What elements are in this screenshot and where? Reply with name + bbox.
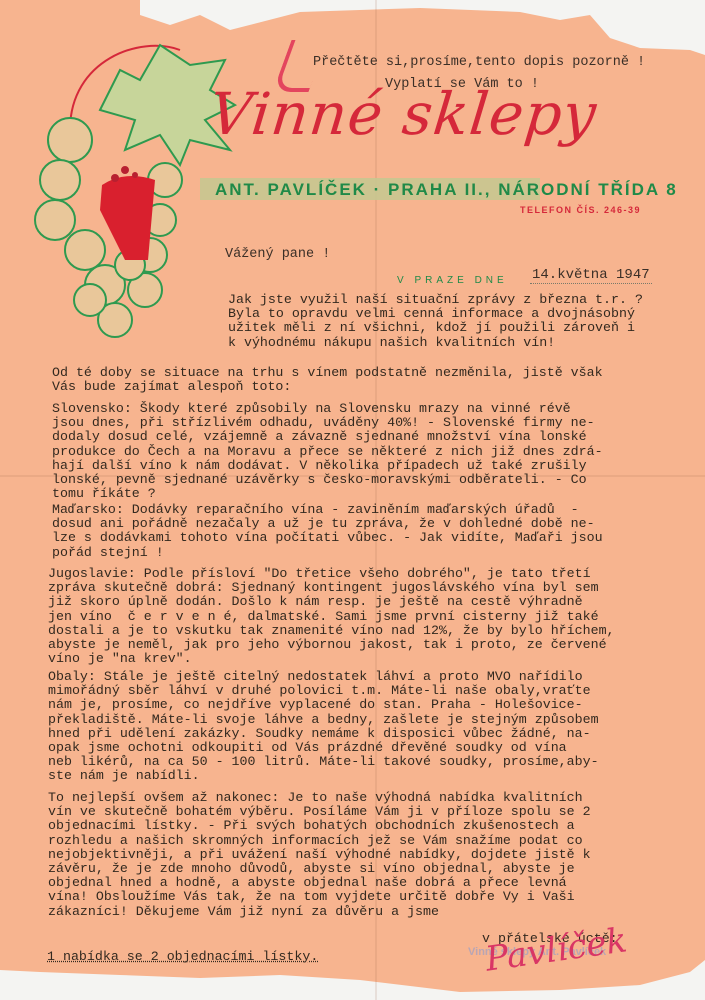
salutation: Vážený pane ! <box>225 247 330 262</box>
letter-date: 14.května 1947 <box>530 267 652 284</box>
letterhead-title: Vinné sklepy <box>206 80 600 148</box>
notice-line-1: Přečtěte si,prosíme,tento dopis pozorně … <box>313 55 645 70</box>
enclosure-note: 1 nabídka se 2 objednacími lístky. <box>47 950 318 964</box>
place-label: V PRAZE DNE <box>397 275 508 286</box>
paragraph-jugoslavie: Jugoslavie: Podle přísloví "Do třetice v… <box>48 567 615 666</box>
letterhead-telephone: TELEFON ČÍS. 246-39 <box>520 205 641 215</box>
letterhead-address: ANT. PAVLÍČEK · PRAHA II., NÁRODNÍ TŘÍDA… <box>215 180 678 200</box>
paragraph-situation: Od té doby se situace na trhu s vínem po… <box>52 366 603 394</box>
paragraph-madarsko: Maďarsko: Dodávky reparačního vína - zav… <box>52 503 603 560</box>
paragraph-intro: Jak jste využil naší situační zprávy z b… <box>228 293 643 350</box>
paragraph-obaly: Obaly: Stále je ještě citelný nedostatek… <box>48 670 599 784</box>
paragraph-nakonec: To nejlepší ovšem až nakonec: Je to naše… <box>48 791 591 919</box>
paragraph-slovensko: Slovensko: Škody které způsobily na Slov… <box>52 402 603 501</box>
